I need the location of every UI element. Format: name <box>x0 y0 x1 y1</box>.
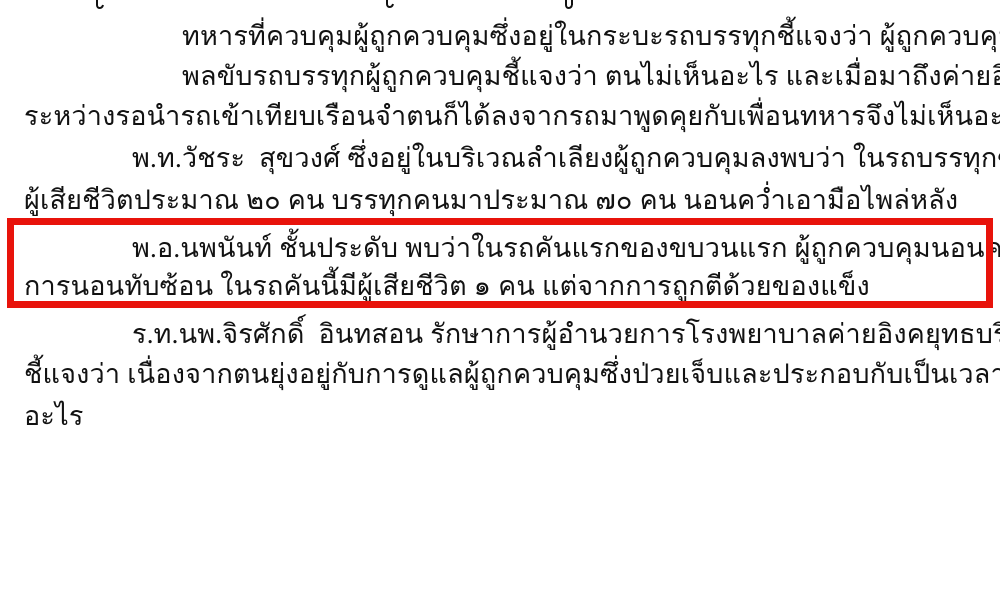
text-line: ระหว่างรอนำรถเข้าเทียบเรือนจำตนก็ได้ลงจา… <box>24 96 1000 136</box>
text-line: ทหารที่ควบคุมผู้ถูกควบคุมซึ่งอยู่ในกระบะ… <box>182 16 1000 56</box>
cropped-line-fragment <box>383 0 395 11</box>
cropped-line-fragment <box>563 0 575 11</box>
text-line: ร.ท.นพ.จิรศักดิ์ อินทสอน รักษาการผู้อำนว… <box>132 314 1000 354</box>
text-line: การนอนทับซ้อน ในรถคันนี้มีผู้เสียชีวิต ๑… <box>24 266 870 306</box>
text-line: พ.ท.วัชระ สุขวงศ์ ซึ่งอยู่ในบริเวณลำเลีย… <box>132 138 1000 178</box>
text-line: อะไร <box>24 396 84 436</box>
cropped-line-fragment <box>93 0 105 11</box>
text-line: ชี้แจงว่า เนื่องจากตนยุ่งอยู่กับการดูแลผ… <box>24 354 1000 394</box>
text-line: พ.อ.นพนันท์ ชั้นประดับ พบว่าในรถคันแรกขอ… <box>132 228 1000 268</box>
text-line: ผู้เสียชีวิตประมาณ ๒๐ คน บรรทุกคนมาประมา… <box>24 180 958 220</box>
text-line: พลขับรถบรรทุกผู้ถูกควบคุมชี้แจงว่า ตนไม่… <box>182 56 1000 96</box>
scanned-document-page: ทหารที่ควบคุมผู้ถูกควบคุมซึ่งอยู่ในกระบะ… <box>0 0 1000 600</box>
